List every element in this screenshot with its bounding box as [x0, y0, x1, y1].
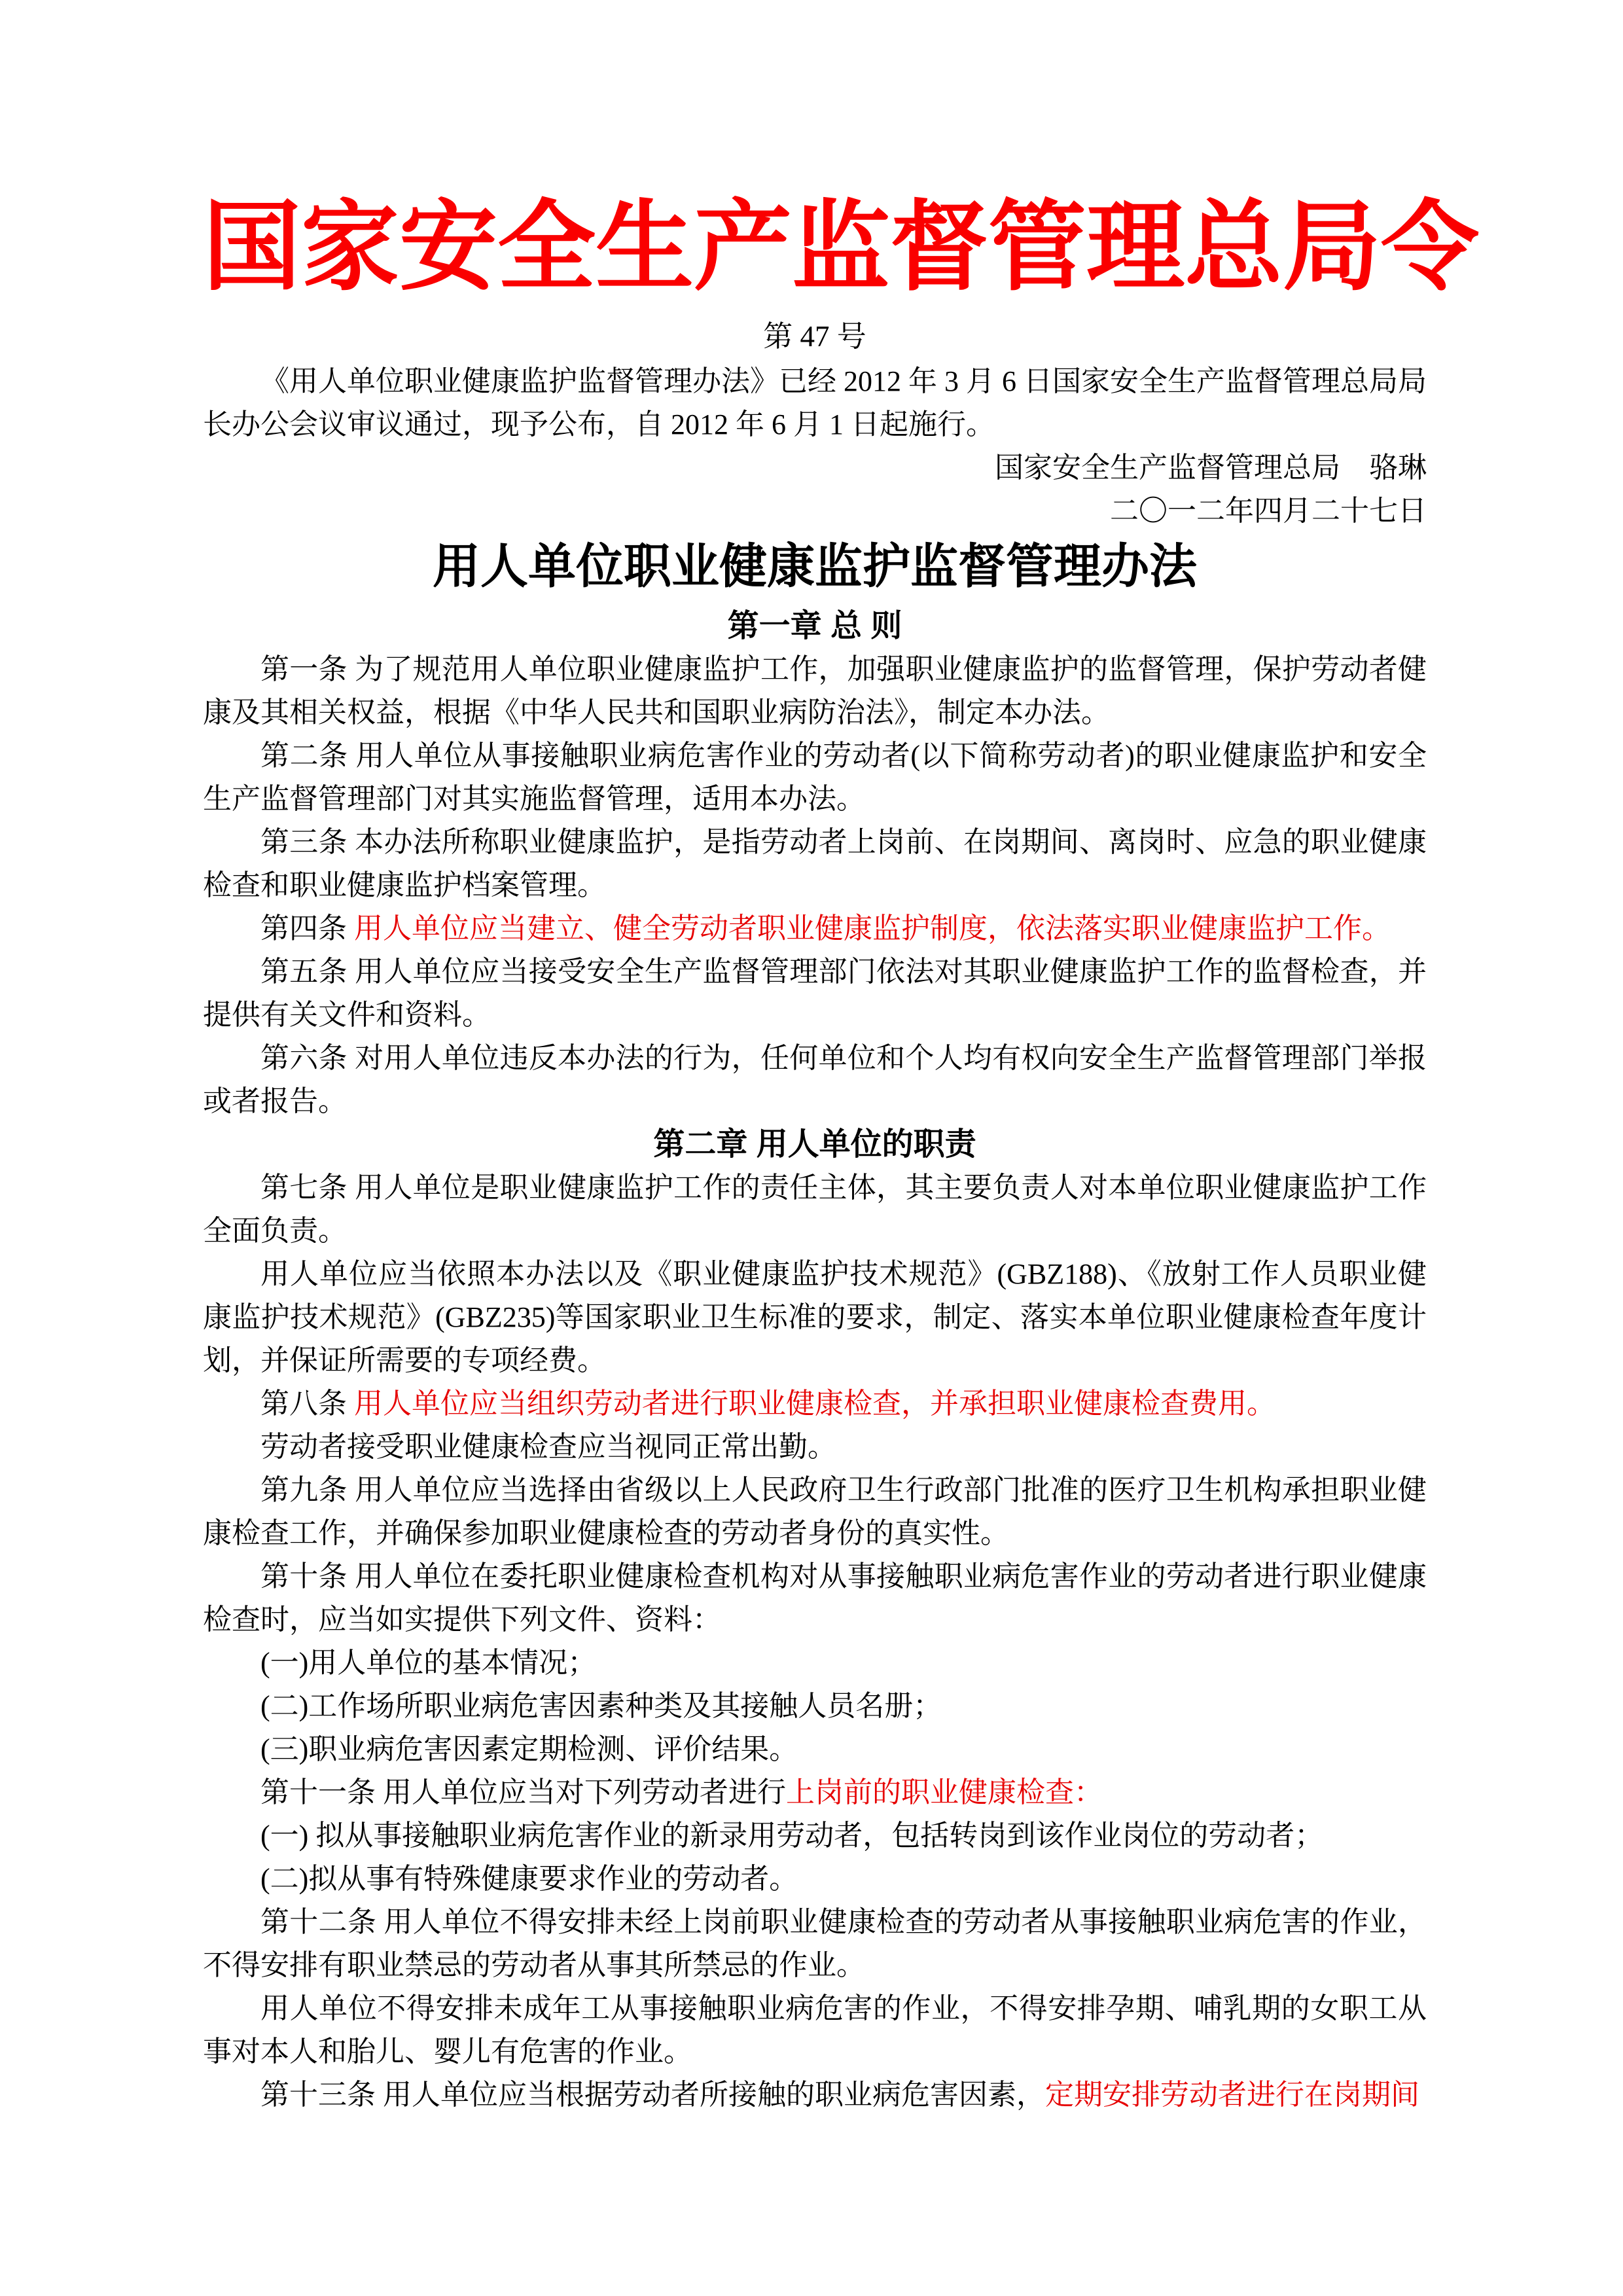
article-paragraph: 第五条 用人单位应当接受安全生产监督管理部门依法对其职业健康监护工作的监督检查，… [203, 950, 1427, 1037]
article-paragraph: 第八条 用人单位应当组织劳动者进行职业健康检查，并承担职业健康检查费用。 [203, 1382, 1427, 1426]
text-run: 第一条 为了规范用人单位职业健康监护工作，加强职业健康监护的监督管理，保护劳动者… [203, 653, 1427, 728]
article-paragraph: 第十一条 用人单位应当对下列劳动者进行上岗前的职业健康检查： [203, 1771, 1427, 1814]
red-text-run: 上岗前的职业健康检查： [786, 1776, 1103, 1808]
text-run: 第十三条 用人单位应当根据劳动者所接触的职业病危害因素， [260, 2079, 1045, 2111]
text-run: 第二章 用人单位的职责 [653, 1127, 976, 1162]
text-run: 劳动者接受职业健康检查应当视同正常出勤。 [260, 1431, 836, 1463]
text-run: 第一章 总 则 [728, 609, 902, 643]
article-paragraph: 第二条 用人单位从事接触职业病危害作业的劳动者(以下简称劳动者)的职业健康监护和… [203, 734, 1427, 821]
text-run: 第四条 [260, 912, 354, 944]
article-paragraph: 第十二条 用人单位不得安排未经上岗前职业健康检查的劳动者从事接触职业病危害的作业… [203, 1901, 1427, 1987]
text-run: 第十二条 用人单位不得安排未经上岗前职业健康检查的劳动者从事接触职业病危害的作业… [203, 1906, 1427, 1981]
article-paragraph: 第六条 对用人单位违反本办法的行为，任何单位和个人均有权向安全生产监督管理部门举… [203, 1037, 1427, 1123]
text-run: 第二条 用人单位从事接触职业病危害作业的劳动者(以下简称劳动者)的职业健康监护和… [203, 740, 1427, 815]
text-run: (一)用人单位的基本情况； [260, 1647, 596, 1679]
text-run: 第八条 [260, 1388, 354, 1420]
red-text-run: 用人单位应当建立、健全劳动者职业健康监护制度，依法落实职业健康监护工作。 [354, 912, 1391, 944]
article-paragraph: 第四条 用人单位应当建立、健全劳动者职业健康监护制度，依法落实职业健康监护工作。 [203, 907, 1427, 950]
article-paragraph: 劳动者接受职业健康检查应当视同正常出勤。 [203, 1426, 1427, 1469]
document-content: 国家安全生产监督管理总局令 第 47 号 《用人单位职业健康监护监督管理办法》已… [0, 187, 1427, 2117]
red-text-run: 定期安排劳动者进行在岗期间 [1045, 2079, 1419, 2111]
text-run: 用人单位应当依照本办法以及《职业健康监护技术规范》(GBZ188)、《放射工作人… [203, 1258, 1427, 1376]
article-paragraph: 第一条 为了规范用人单位职业健康监护工作，加强职业健康监护的监督管理，保护劳动者… [203, 648, 1427, 734]
agency-order-title: 国家安全生产监督管理总局令 [203, 187, 1427, 309]
text-run: 第五条 用人单位应当接受安全生产监督管理部门依法对其职业健康监护工作的监督检查，… [203, 956, 1427, 1031]
article-paragraph: (一)用人单位的基本情况； [203, 1641, 1427, 1685]
article-paragraph: 第九条 用人单位应当选择由省级以上人民政府卫生行政部门批准的医疗卫生机构承担职业… [203, 1469, 1427, 1555]
chapter-heading: 第二章 用人单位的职责 [203, 1123, 1427, 1166]
text-run: 第十一条 用人单位应当对下列劳动者进行 [260, 1776, 786, 1808]
issue-date-line: 二〇一二年四月二十七日 [203, 490, 1427, 533]
document-page: 国家安全生产监督管理总局令 第 47 号 《用人单位职业健康监护监督管理办法》已… [0, 0, 1623, 2296]
red-text-run: 用人单位应当组织劳动者进行职业健康检查，并承担职业健康检查费用。 [354, 1388, 1275, 1420]
text-run: 第九条 用人单位应当选择由省级以上人民政府卫生行政部门批准的医疗卫生机构承担职业… [203, 1474, 1427, 1549]
article-paragraph: (二)拟从事有特殊健康要求作业的劳动者。 [203, 1857, 1427, 1901]
document-body: 第一章 总 则第一条 为了规范用人单位职业健康监护工作，加强职业健康监护的监督管… [203, 605, 1427, 2117]
chapter-heading: 第一章 总 则 [203, 605, 1427, 648]
article-paragraph: (三)职业病危害因素定期检测、评价结果。 [203, 1728, 1427, 1771]
announcement-paragraph: 《用人单位职业健康监护监督管理办法》已经 2012 年 3 月 6 日国家安全生… [203, 360, 1427, 446]
text-run: 第七条 用人单位是职业健康监护工作的责任主体，其主要负责人对本单位职业健康监护工… [203, 1172, 1427, 1247]
regulation-title: 用人单位职业健康监护监督管理办法 [203, 537, 1427, 597]
article-paragraph: 用人单位应当依照本办法以及《职业健康监护技术规范》(GBZ188)、《放射工作人… [203, 1253, 1427, 1382]
article-paragraph: 第十条 用人单位在委托职业健康检查机构对从事接触职业病危害作业的劳动者进行职业健… [203, 1555, 1427, 1641]
signer-line: 国家安全生产监督管理总局 骆琳 [203, 446, 1427, 490]
text-run: 用人单位不得安排未成年工从事接触职业病危害的作业，不得安排孕期、哺乳期的女职工从… [203, 1992, 1427, 2068]
article-paragraph: (一) 拟从事接触职业病危害作业的新录用劳动者，包括转岗到该作业岗位的劳动者； [203, 1814, 1427, 1857]
order-number: 第 47 号 [203, 315, 1427, 357]
text-run: (一) 拟从事接触职业病危害作业的新录用劳动者，包括转岗到该作业岗位的劳动者； [260, 1820, 1323, 1852]
text-run: 第六条 对用人单位违反本办法的行为，任何单位和个人均有权向安全生产监督管理部门举… [203, 1042, 1427, 1117]
article-paragraph: 第三条 本办法所称职业健康监护，是指劳动者上岗前、在岗期间、离岗时、应急的职业健… [203, 821, 1427, 907]
article-paragraph: 第十三条 用人单位应当根据劳动者所接触的职业病危害因素，定期安排劳动者进行在岗期… [203, 2073, 1427, 2117]
text-run: 第三条 本办法所称职业健康监护，是指劳动者上岗前、在岗期间、离岗时、应急的职业健… [203, 826, 1427, 901]
article-paragraph: 第七条 用人单位是职业健康监护工作的责任主体，其主要负责人对本单位职业健康监护工… [203, 1166, 1427, 1253]
text-run: 第十条 用人单位在委托职业健康检查机构对从事接触职业病危害作业的劳动者进行职业健… [203, 1560, 1427, 1636]
article-paragraph: (二)工作场所职业病危害因素种类及其接触人员名册； [203, 1685, 1427, 1728]
text-run: (三)职业病危害因素定期检测、评价结果。 [260, 1733, 798, 1765]
text-run: (二)工作场所职业病危害因素种类及其接触人员名册； [260, 1690, 942, 1722]
text-run: (二)拟从事有特殊健康要求作业的劳动者。 [260, 1863, 798, 1895]
article-paragraph: 用人单位不得安排未成年工从事接触职业病危害的作业，不得安排孕期、哺乳期的女职工从… [203, 1987, 1427, 2073]
